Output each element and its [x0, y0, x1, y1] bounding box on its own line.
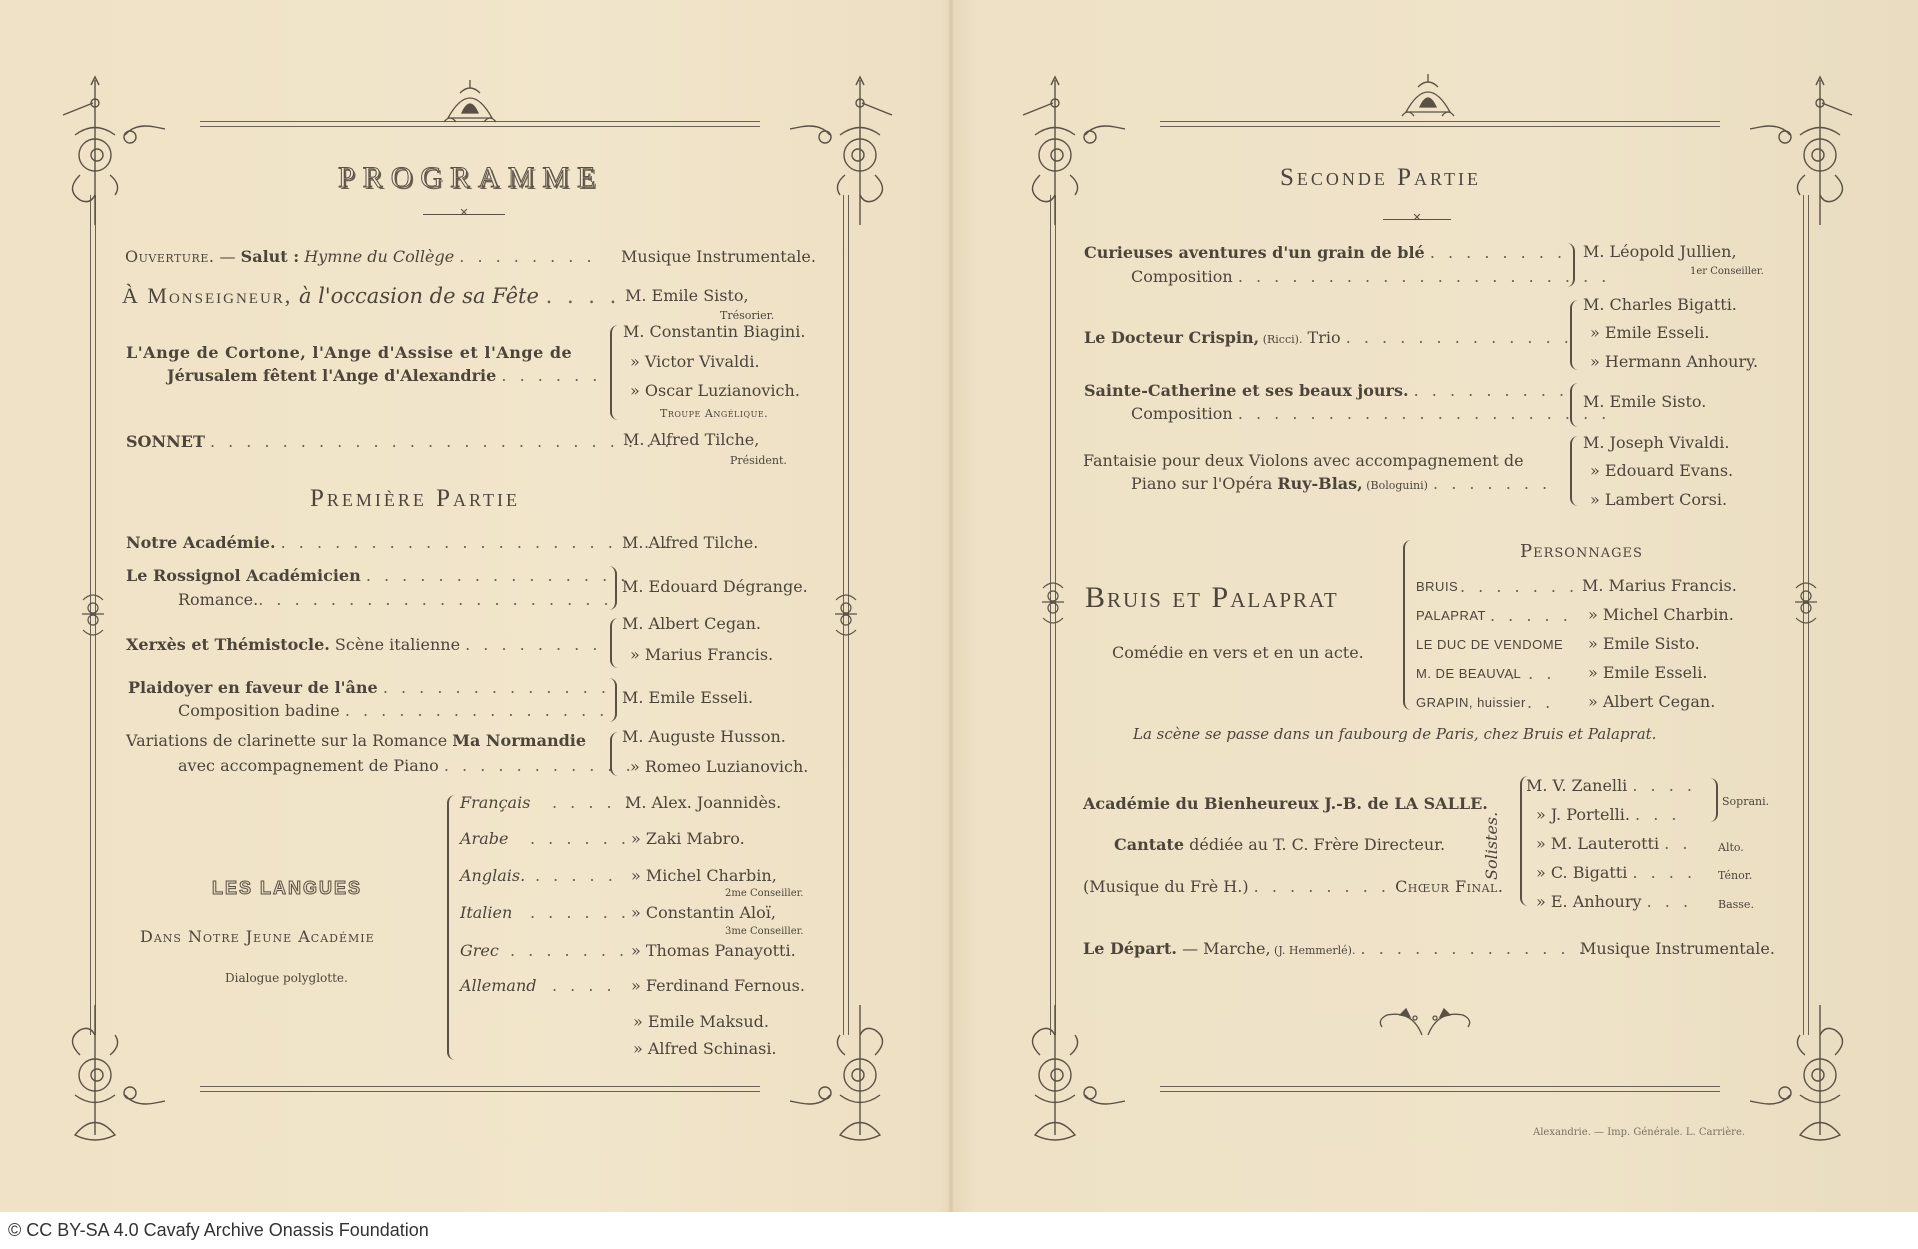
- brace: [1570, 383, 1580, 427]
- program-item: Sainte-Catherine et ses beaux jours. . .…: [1084, 381, 1568, 401]
- corner-ornament-icon: [55, 1005, 165, 1155]
- language-label: Anglais.: [460, 866, 525, 886]
- voice-part: Basse.: [1718, 895, 1754, 915]
- soloist-name: M. V. Zanelli . . . .: [1526, 776, 1696, 796]
- personnages-label: Personnages: [1520, 542, 1643, 562]
- corner-ornament-icon: [1015, 75, 1125, 225]
- corner-ornament-icon: [790, 1005, 900, 1155]
- langues-title: LES LANGUES: [212, 878, 362, 898]
- side-rosette-icon: [1040, 578, 1066, 628]
- soprani-label: Soprani.: [1722, 792, 1769, 812]
- performer: » Emile Esseli.: [1590, 323, 1709, 343]
- performer: M. Alfred Tilche.: [622, 533, 758, 553]
- speaker-name: » Alfred Schinasi.: [633, 1039, 777, 1059]
- soloist-name: » C. Bigatti . . . .: [1536, 863, 1696, 883]
- soloist-name: » J. Portelli. . . .: [1536, 805, 1680, 825]
- program-item: Variations de clarinette sur la Romance …: [126, 731, 586, 751]
- brace: [1570, 300, 1580, 370]
- language-label: Français: [460, 793, 530, 813]
- corner-ornament-icon: [1750, 1005, 1860, 1155]
- side-rosette-icon: [80, 590, 106, 640]
- brace: [610, 732, 620, 776]
- character-name: LE DUC DE VENDOME: [1416, 635, 1563, 655]
- dots: . . . .: [552, 976, 616, 996]
- cantate-line1: Académie du Bienheureux J.-B. de LA SALL…: [1083, 794, 1488, 814]
- voice-part: Ténor.: [1718, 866, 1752, 886]
- character-name: BRUIS: [1416, 577, 1458, 597]
- program-subitem: Composition . . . . . . . . . . . . . . …: [1131, 267, 1610, 287]
- program-item-ouverture: Ouverture. — Salut : Hymne du Collège . …: [125, 247, 596, 267]
- cantate-line2: Cantate dédiée au T. C. Frère Directeur.: [1114, 835, 1445, 855]
- speaker-name: » Emile Maksud.: [633, 1012, 769, 1032]
- dots: . . . . .: [552, 793, 634, 813]
- voice-part: Alto.: [1718, 838, 1744, 858]
- dots: . . . . . .: [530, 903, 630, 923]
- soloist-name: » M. Lauterotti . .: [1536, 834, 1691, 854]
- performer-musique: Musique Instrumentale.: [1580, 939, 1775, 959]
- soloist-name: » E. Anhoury . . .: [1536, 892, 1692, 912]
- program-item-anges-line1: L'Ange de Cortone, l'Ange d'Assise et l'…: [126, 343, 572, 363]
- center-fold: [948, 0, 954, 1212]
- program-subitem: Composition badine . . . . . . . . . . .…: [178, 701, 608, 721]
- program-item: Curieuses aventures d'un grain de blé . …: [1084, 243, 1566, 263]
- dots: . . . . .: [535, 866, 617, 886]
- language-label: Grec: [460, 941, 499, 961]
- program-item-depart: Le Départ. — Marche, (J. Hemmerlé). . . …: [1083, 939, 1588, 961]
- side-rosette-icon: [833, 590, 859, 640]
- corner-ornament-icon: [1750, 75, 1860, 225]
- corner-ornament-icon: [55, 75, 165, 225]
- program-item-anges-line2: Jérusalem fêtent l'Ange d'Alexandrie . .…: [167, 366, 601, 386]
- performer: M. Auguste Husson.: [622, 727, 786, 747]
- language-label: Allemand: [460, 976, 537, 996]
- dots: . . . . . . .: [510, 941, 628, 961]
- speaker-name: » Constantin Aloï,: [631, 903, 776, 923]
- dots: . . . . .: [1490, 606, 1572, 626]
- performer: M. Emile Sisto.: [1583, 392, 1706, 412]
- performer: » Hermann Anhoury.: [1590, 352, 1758, 372]
- performer: M. Albert Cegan.: [622, 614, 761, 634]
- performer: » Edouard Evans.: [1590, 461, 1733, 481]
- comedy-subtitle: Comédie en vers et en un acte.: [1112, 643, 1364, 663]
- program-subitem: Composition . . . . . . . . . . . . . . …: [1131, 404, 1610, 424]
- actor-name: M. Marius Francis.: [1582, 576, 1737, 596]
- solistes-label: Solistes.: [1482, 812, 1502, 880]
- performer: M. Edouard Dégrange.: [622, 577, 808, 597]
- program-item: Xerxès et Thémistocle. Scène italienne .…: [126, 635, 601, 655]
- character-name: M. DE BEAUVAL: [1416, 664, 1521, 684]
- performer: M. Joseph Vivaldi.: [1583, 433, 1729, 453]
- language-label: Arabe: [460, 829, 508, 849]
- dots: . .: [1527, 693, 1554, 713]
- speaker-name: » Zaki Mabro.: [631, 829, 745, 849]
- brace: [1570, 436, 1580, 506]
- performer-tilche: M. Alfred Tilche,: [623, 430, 759, 450]
- left-page-bottom-border: [200, 1086, 760, 1092]
- performer: M. Charles Bigatti.: [1583, 295, 1737, 315]
- scene-note: La scène se passe dans un faubourg de Pa…: [1133, 724, 1656, 744]
- performer: M. Emile Esseli.: [622, 688, 753, 708]
- brace: [610, 618, 620, 668]
- crest-ornament-icon: [440, 78, 500, 128]
- floral-vignette-icon: [1370, 1000, 1480, 1040]
- program-item: Plaidoyer en faveur de l'âne . . . . . .…: [128, 678, 610, 698]
- cantate-line3: (Musique du Frè H.) . . . . . . . . Chœu…: [1083, 877, 1503, 897]
- brace: [1403, 540, 1413, 710]
- premiere-partie-title: Première Partie: [310, 484, 520, 514]
- actor-name: » Emile Sisto.: [1588, 634, 1700, 654]
- dots: . . .: [1510, 664, 1555, 684]
- speaker-role: 2me Conseiller.: [725, 884, 803, 904]
- program-item: Notre Académie. . . . . . . . . . . . . …: [126, 533, 671, 553]
- speaker-name: » Ferdinand Fernous.: [631, 976, 805, 996]
- speaker-name: » Thomas Panayotti.: [631, 941, 796, 961]
- program-subitem: avec accompagnement de Piano . . . . . .…: [178, 756, 635, 776]
- program-item-sonnet: SONNET . . . . . . . . . . . . . . . . .…: [126, 432, 673, 452]
- langues-note: Dialogue polyglotte.: [225, 968, 348, 988]
- character-name: GRAPIN, huissier: [1416, 693, 1526, 713]
- performer: M. Léopold Jullien,: [1583, 242, 1737, 262]
- title-separator: [423, 214, 505, 215]
- corner-ornament-icon: [790, 75, 900, 225]
- performer: » Lambert Corsi.: [1590, 490, 1727, 510]
- performer-role: 1er Conseiller.: [1690, 262, 1764, 282]
- speaker-name: M. Alex. Joannidès.: [625, 793, 781, 813]
- actor-name: » Emile Esseli.: [1588, 663, 1707, 683]
- performer: M. Constantin Biagini.: [623, 322, 805, 342]
- dots: . . . . . .: [530, 829, 630, 849]
- performer: » Oscar Luzianovich.: [630, 381, 800, 401]
- brace: [447, 795, 457, 1060]
- side-rosette-icon: [1793, 578, 1819, 628]
- speaker-role: 3me Conseiller.: [725, 922, 803, 942]
- programme-title: PROGRAMME: [338, 160, 603, 196]
- corner-ornament-icon: [1015, 1005, 1125, 1155]
- program-subitem: Piano sur l'Opéra Ruy-Blas, (Bologuini) …: [1131, 474, 1551, 496]
- program-item-monseigneur: À Monseigneur, à l'occasion de sa Fête .…: [122, 282, 620, 310]
- role-president: Président.: [730, 451, 787, 471]
- title-separator: [1383, 219, 1451, 220]
- brace: [1708, 778, 1718, 822]
- brace: [610, 325, 620, 420]
- comedy-title: Bruis et Palaprat: [1085, 580, 1339, 616]
- role-troupe: Troupe Angélique.: [660, 404, 768, 424]
- brace: [607, 566, 617, 610]
- performer: » Marius Francis.: [630, 645, 773, 665]
- performer: » Romeo Luzianovich.: [630, 757, 808, 777]
- program-item: Le Docteur Crispin, (Ricci). Trio . . . …: [1084, 328, 1573, 350]
- language-label: Italien: [460, 903, 512, 923]
- printer-imprint: Alexandrie. — Imp. Générale. L. Carrière…: [1533, 1123, 1745, 1143]
- performer-sisto: M. Emile Sisto,: [625, 286, 749, 306]
- actor-name: » Albert Cegan.: [1588, 692, 1715, 712]
- character-name: PALAPRAT: [1416, 606, 1486, 626]
- actor-name: » Michel Charbin.: [1588, 605, 1734, 625]
- brace: [607, 678, 617, 722]
- program-subitem: Romance.. . . . . . . . . . . . . . . . …: [178, 590, 613, 610]
- performer: » Victor Vivaldi.: [630, 352, 760, 372]
- speaker-name: » Michel Charbin,: [631, 866, 777, 886]
- brace: [1565, 243, 1575, 287]
- crest-ornament-icon: [1398, 72, 1458, 122]
- program-item: Fantaisie pour deux Violons avec accompa…: [1083, 451, 1524, 471]
- seconde-partie-title: Seconde Partie: [1280, 163, 1481, 193]
- program-item: Le Rossignol Académicien . . . . . . . .…: [126, 566, 629, 586]
- right-page-bottom-border: [1160, 1086, 1720, 1092]
- license-caption: © CC BY-SA 4.0 Cavafy Archive Onassis Fo…: [8, 1220, 429, 1241]
- langues-subtitle: Dans Notre Jeune Académie: [140, 927, 375, 947]
- performer-musique: Musique Instrumentale.: [621, 247, 816, 267]
- dots: . . . . . . .: [1460, 577, 1578, 597]
